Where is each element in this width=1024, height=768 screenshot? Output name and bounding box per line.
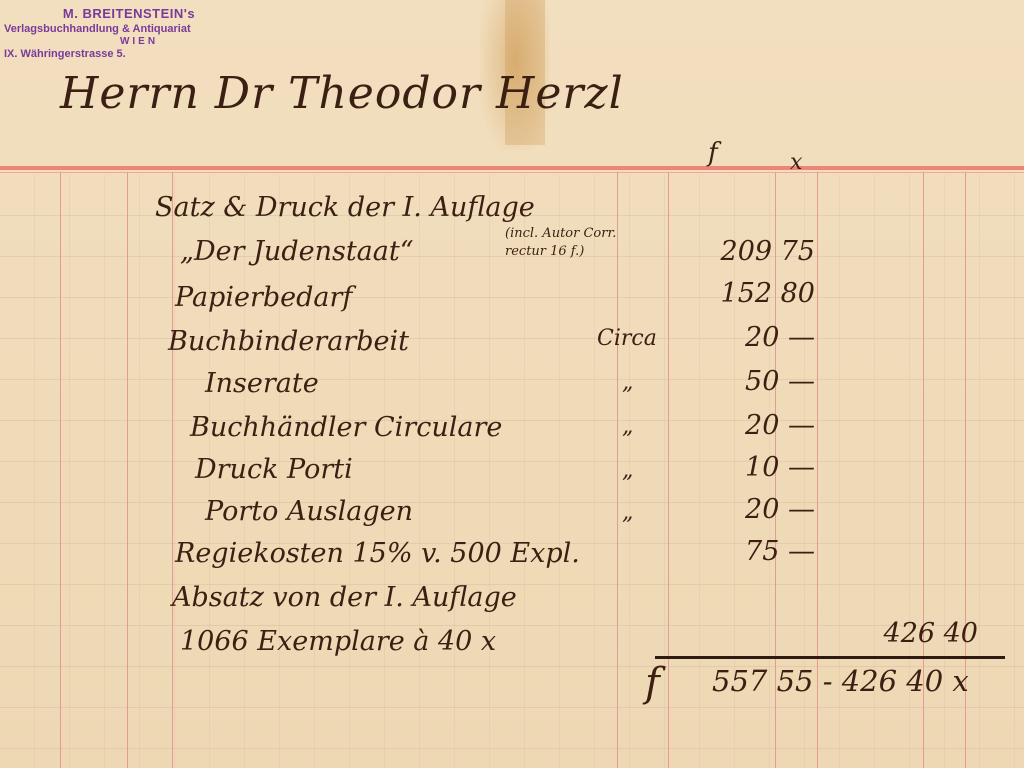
sales-amount: 426 40 bbox=[868, 618, 978, 649]
item-ditto: „ bbox=[622, 370, 633, 395]
stamp-address: IX. Währingerstrasse 5. bbox=[4, 48, 274, 60]
publisher-stamp: M. BREITENSTEIN's Verlagsbuchhandlung & … bbox=[4, 6, 274, 60]
item-amount: 209 75 bbox=[705, 236, 815, 267]
sales-quantity: 1066 Exemplare à 40 x bbox=[180, 626, 496, 657]
item-amount: 75 — bbox=[705, 536, 815, 567]
item-description: Regiekosten 15% v. 500 Expl. bbox=[175, 538, 580, 569]
item-description: Inserate bbox=[205, 368, 319, 399]
item-ditto: „ bbox=[622, 414, 633, 439]
item-description: „Der Judenstaat“ bbox=[180, 236, 414, 267]
column-header-kreuzer: x bbox=[790, 150, 802, 175]
ledger-column-line bbox=[172, 172, 173, 768]
total-value: 557 55 - 426 40 x bbox=[712, 664, 969, 698]
item-ditto: „ bbox=[622, 500, 633, 525]
item-description: Porto Auslagen bbox=[205, 496, 413, 527]
item-description: Buchhändler Circulare bbox=[190, 412, 502, 443]
item-amount: 152 80 bbox=[705, 278, 815, 309]
ledger-column-line bbox=[127, 172, 128, 768]
item-amount: 10 — bbox=[705, 452, 815, 483]
stamp-company: M. BREITENSTEIN's bbox=[0, 6, 274, 21]
stamp-business: Verlagsbuchhandlung & Antiquariat bbox=[4, 23, 274, 35]
stamp-city: WIEN bbox=[4, 36, 274, 47]
column-header-florin: f bbox=[708, 138, 718, 168]
florin-symbol: f bbox=[645, 660, 660, 706]
item-note: rectur 16 f.) bbox=[505, 244, 584, 260]
item-ditto: „ bbox=[622, 458, 633, 483]
item-amount: 20 — bbox=[705, 322, 815, 353]
total-rule bbox=[655, 656, 1005, 659]
item-description: Satz & Druck der I. Auflage bbox=[155, 192, 535, 223]
item-description: Papierbedarf bbox=[175, 282, 352, 313]
item-description: Buchbinderarbeit bbox=[168, 326, 409, 357]
invoice-sheet: M. BREITENSTEIN's Verlagsbuchhandlung & … bbox=[0, 0, 1024, 768]
addressee: Herrn Dr Theodor Herzl bbox=[60, 68, 624, 119]
item-description: Druck Porti bbox=[195, 454, 353, 485]
ledger-column-line bbox=[668, 172, 669, 768]
ledger-column-line bbox=[617, 172, 618, 768]
item-amount: 20 — bbox=[705, 494, 815, 525]
header-rule-thin bbox=[0, 172, 1024, 173]
item-amount: 50 — bbox=[705, 366, 815, 397]
header-rule bbox=[0, 166, 1024, 170]
sales-description: Absatz von der I. Auflage bbox=[172, 582, 517, 613]
ledger-column-line bbox=[60, 172, 61, 768]
item-circa: Circa bbox=[597, 326, 657, 351]
item-amount: 20 — bbox=[705, 410, 815, 441]
item-note: (incl. Autor Corr. bbox=[505, 226, 616, 242]
